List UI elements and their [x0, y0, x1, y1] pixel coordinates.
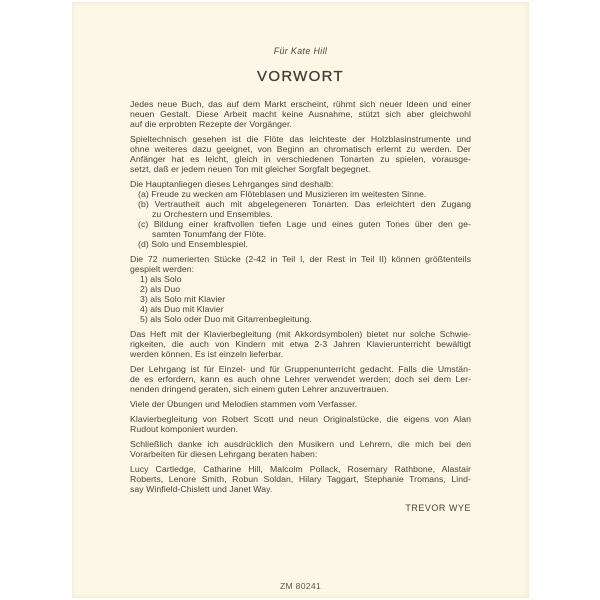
- goal-item-c: (c) Bildung einer kraftvollen tiefen Lag…: [130, 219, 471, 239]
- goal-item-d: (d) Solo und Ensemblespiel.: [130, 239, 471, 249]
- text-line: (d) Solo und Ensemblespiel.: [130, 239, 471, 249]
- page-title: VORWORT: [130, 68, 471, 85]
- paragraph-intro: Jedes neue Buch, das auf dem Markt ersch…: [130, 99, 471, 129]
- text-line: Klavierbegleitung von Robert Scott und n…: [130, 414, 471, 424]
- text-line: neuen Gestalt. Diese Arbeit macht keine …: [130, 109, 471, 119]
- text-line: Spieltechnisch gesehen ist die Flöte das…: [130, 134, 471, 144]
- paragraph-technique: Spieltechnisch gesehen ist die Flöte das…: [130, 134, 471, 174]
- text-line: Jedes neue Buch, das auf dem Markt ersch…: [130, 99, 471, 109]
- text-line: werden können. Es ist einzeln lieferbar.: [130, 349, 471, 359]
- paragraph-names: Lucy Cartledge, Catharine Hill, Malcolm …: [130, 464, 471, 494]
- text-line: setzt, daß er jedem neuen Ton mit gleich…: [130, 164, 471, 174]
- list-item: 3) als Solo mit Klavier: [130, 294, 471, 304]
- text-line: (c) Bildung einer kraftvollen tiefen Lag…: [130, 219, 471, 229]
- text-line: say Winfield-Chislett und Janet Way.: [130, 484, 471, 494]
- text-line: Lucy Cartledge, Catharine Hill, Malcolm …: [130, 464, 471, 474]
- paragraph-author-works: Viele der Übungen und Melodien stammen v…: [130, 399, 471, 409]
- paragraph-teaching: Der Lehrgang ist für Einzel- und für Gru…: [130, 364, 471, 394]
- text-line: Roberts, Lenore Smith, Robun Soldan, Hil…: [130, 474, 471, 484]
- text-line: auf die erprobten Rezepte der Vorgänger.: [130, 119, 471, 129]
- text-line: nenden dringend geraten, sich einem gute…: [130, 384, 471, 394]
- text-line: ohne weiteres dazu geeignet, von Beginn …: [130, 144, 471, 154]
- catalog-number: ZM 80241: [72, 581, 529, 591]
- text-line: rigkeiten, die auch von Kindern mit etwa…: [130, 339, 471, 349]
- list-item: 2) als Duo: [130, 284, 471, 294]
- list-item: 1) als Solo: [130, 274, 471, 284]
- pieces-intro: Die 72 numerierten Stücke (2-42 in Teil …: [130, 254, 471, 274]
- paragraph-thanks: Schließlich danke ich ausdrücklich den M…: [130, 439, 471, 459]
- text-line: Schließlich danke ich ausdrücklich den M…: [130, 439, 471, 449]
- text-line: samten Tonumfang der Flöte.: [130, 229, 471, 239]
- text-line: Anfänger hat es leicht, gleich in versch…: [130, 154, 471, 164]
- paragraph-accompaniment: Klavierbegleitung von Robert Scott und n…: [130, 414, 471, 434]
- text-line: Das Heft mit der Klavierbegleitung (mit …: [130, 329, 471, 339]
- goals-section: Die Hauptanliegen dieses Lehrganges sind…: [130, 179, 471, 249]
- text-line: de es erfordern, kann es auch ohne Lehre…: [130, 374, 471, 384]
- dedication: Für Kate Hill: [130, 46, 471, 56]
- text-line: Vorarbeiten für diesen Lehrgang beraten …: [130, 449, 471, 459]
- text-line: (b) Vertrautheit auch mit abgelegeneren …: [130, 199, 471, 209]
- paragraph-piano-book: Das Heft mit der Klavierbegleitung (mit …: [130, 329, 471, 359]
- text-line: zu Orchestern und Ensembles.: [130, 209, 471, 219]
- text-line: Der Lehrgang ist für Einzel- und für Gru…: [130, 364, 471, 374]
- text-line: Rudout komponiert wurden.: [130, 424, 471, 434]
- pieces-list: 1) als Solo 2) als Duo 3) als Solo mit K…: [130, 274, 471, 324]
- list-item: 5) als Solo oder Duo mit Gitarrenbegleit…: [130, 314, 471, 324]
- text-line: gespielt werden:: [130, 264, 471, 274]
- text-block: Für Kate Hill VORWORT Jedes neue Buch, d…: [130, 2, 471, 513]
- text-line: Viele der Übungen und Melodien stammen v…: [130, 399, 471, 409]
- book-page: Für Kate Hill VORWORT Jedes neue Buch, d…: [72, 2, 529, 598]
- author-signature: TREVOR WYE: [130, 503, 471, 513]
- goal-item-b: (b) Vertrautheit auch mit abgelegeneren …: [130, 199, 471, 219]
- text-line: (a) Freude zu wecken am Flöteblasen und …: [130, 189, 471, 199]
- list-item: 4) als Duo mit Klavier: [130, 304, 471, 314]
- goals-heading: Die Hauptanliegen dieses Lehrganges sind…: [130, 179, 471, 189]
- text-line: Die 72 numerierten Stücke (2-42 in Teil …: [130, 254, 471, 264]
- goal-item-a: (a) Freude zu wecken am Flöteblasen und …: [130, 189, 471, 199]
